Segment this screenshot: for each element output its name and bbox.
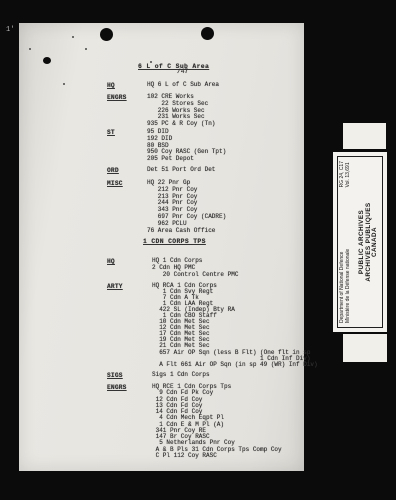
film-edge-mark: 1' [6,26,14,34]
group-label-arty: ARTY [107,283,123,290]
speck [72,36,74,38]
punch-hole [100,28,113,41]
label-tab-bottom [343,334,387,362]
archive-label-header: Department of National Defence Ministère… [340,161,351,323]
group-label-engrs2: ENGRS [107,384,127,391]
unit-list-hq2: HQ 1 Cdn Corps 2 Cdn HQ PMC 20 Control C… [152,258,238,278]
speck [85,48,87,50]
group-label-st: ST [107,129,115,136]
document-page: /47 6 L of C Sub Area HQ HQ 6 L of C Sub… [19,23,304,471]
ink-blot [43,57,51,64]
unit-list-ord: Det 51 Port Ord Det [147,167,215,174]
unit-list-engrs2: HQ RCE 1 Cdn Corps Tps 9 Cdn Fd Pk Coy 1… [152,384,282,459]
speck [63,83,65,85]
group-label-sigs: SIGS [107,372,123,379]
speck [29,48,31,50]
reference-lines: RG 24, C17 Vol. 13,691 [340,161,351,187]
department-lines: Department of National Defence Ministère… [340,249,351,323]
group-label-engrs: ENGRS [107,94,127,101]
archive-label-content: Department of National Defence Ministère… [337,156,383,328]
unit-list-st: 95 DID 192 DID 80 BSD 950 Coy RASC (Gen … [147,129,226,163]
department-fr: Ministère de la Défense nationale [346,249,352,323]
archives-title: PUBLIC ARCHIVES ARCHIVES PUBLIQUES CANAD… [359,161,379,323]
section-heading: 1 CDN CORPS TPS [143,238,206,245]
unit-list-misc: HQ 22 Pnr Gp 212 Pnr Coy 213 Pnr Coy 244… [147,180,226,234]
punch-hole [201,27,214,40]
label-tab-top [343,123,386,149]
unit-list-hq: HQ 6 L of C Sub Area [147,82,219,89]
group-label-ord: ORD [107,167,119,174]
group-label-hq2: HQ [107,258,115,265]
unit-list-engrs: 102 CRE Works 22 Stores Sec 226 Works Se… [147,94,215,128]
microfilm-frame: 1' /47 6 L of C Sub Area HQ HQ 6 L of C … [0,0,396,500]
archives-title-country: CANADA [372,161,379,323]
section-heading: 6 L of C Sub Area [138,63,209,70]
unit-list-sigs: Sigs 1 Cdn Corps [152,372,210,379]
unit-list-arty: HQ RCA 1 Cdn Corps 1 Cdn Svy Regt 7 Cdn … [152,283,318,368]
group-label-misc: MISC [107,180,123,187]
archive-label-card: Department of National Defence Ministère… [333,152,387,332]
volume-number: Vol. 13,691 [346,161,352,187]
group-label-hq: HQ [107,82,115,89]
